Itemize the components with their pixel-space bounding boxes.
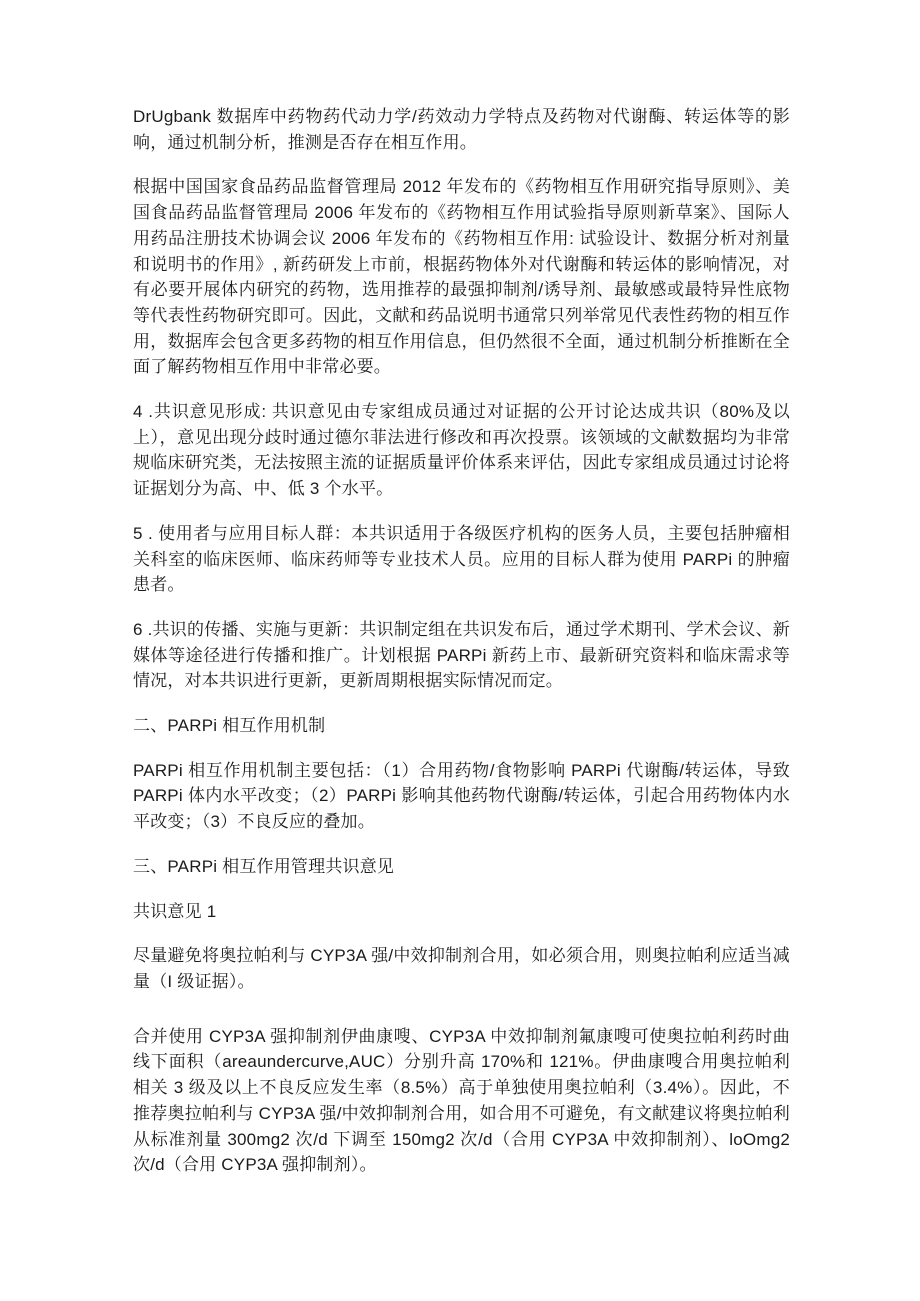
document-page: DrUgbank 数据库中药物药代动力学/药效动力学特点及药物对代谢酶、转运体等… (0, 0, 920, 1301)
paragraph-item4-consensus-formation: 4 .共识意见形成: 共识意见由专家组成员通过对证据的公开讨论达成共识（80%及… (133, 399, 790, 502)
heading-section-3-management: 三、PARPi 相互作用管理共识意见 (133, 854, 790, 880)
paragraph-opinion1-evidence: 合并使用 CYP3A 强抑制剂伊曲康嗖、CYP3A 中效抑制剂氟康嗖可使奥拉帕利… (133, 1024, 790, 1178)
paragraph-guideline-references: 根据中国国家食品药品监督管理局 2012 年发布的《药物相互作用研究指导原则》、… (133, 174, 790, 380)
heading-section-2-mechanism: 二、PARPi 相互作用机制 (133, 713, 790, 739)
document-content: DrUgbank 数据库中药物药代动力学/药效动力学特点及药物对代谢酶、转运体等… (133, 104, 790, 1178)
paragraph-intro-drugbank: DrUgbank 数据库中药物药代动力学/药效动力学特点及药物对代谢酶、转运体等… (133, 104, 790, 155)
paragraph-item5-target-users: 5 . 使用者与应用目标人群：本共识适用于各级医疗机构的医务人员，主要包括肿瘤相… (133, 521, 790, 598)
paragraph-item6-dissemination: 6 .共识的传播、实施与更新：共识制定组在共识发布后，通过学术期刊、学术会议、新… (133, 617, 790, 694)
label-consensus-opinion-1: 共识意见 1 (133, 899, 790, 925)
paragraph-mechanism-list: PARPi 相互作用机制主要包括：（1）合用药物/食物影响 PARPi 代谢酶/… (133, 758, 790, 835)
paragraph-opinion1-statement: 尽量避免将奥拉帕利与 CYP3A 强/中效抑制剂合用，如必须合用，则奥拉帕利应适… (133, 943, 790, 994)
